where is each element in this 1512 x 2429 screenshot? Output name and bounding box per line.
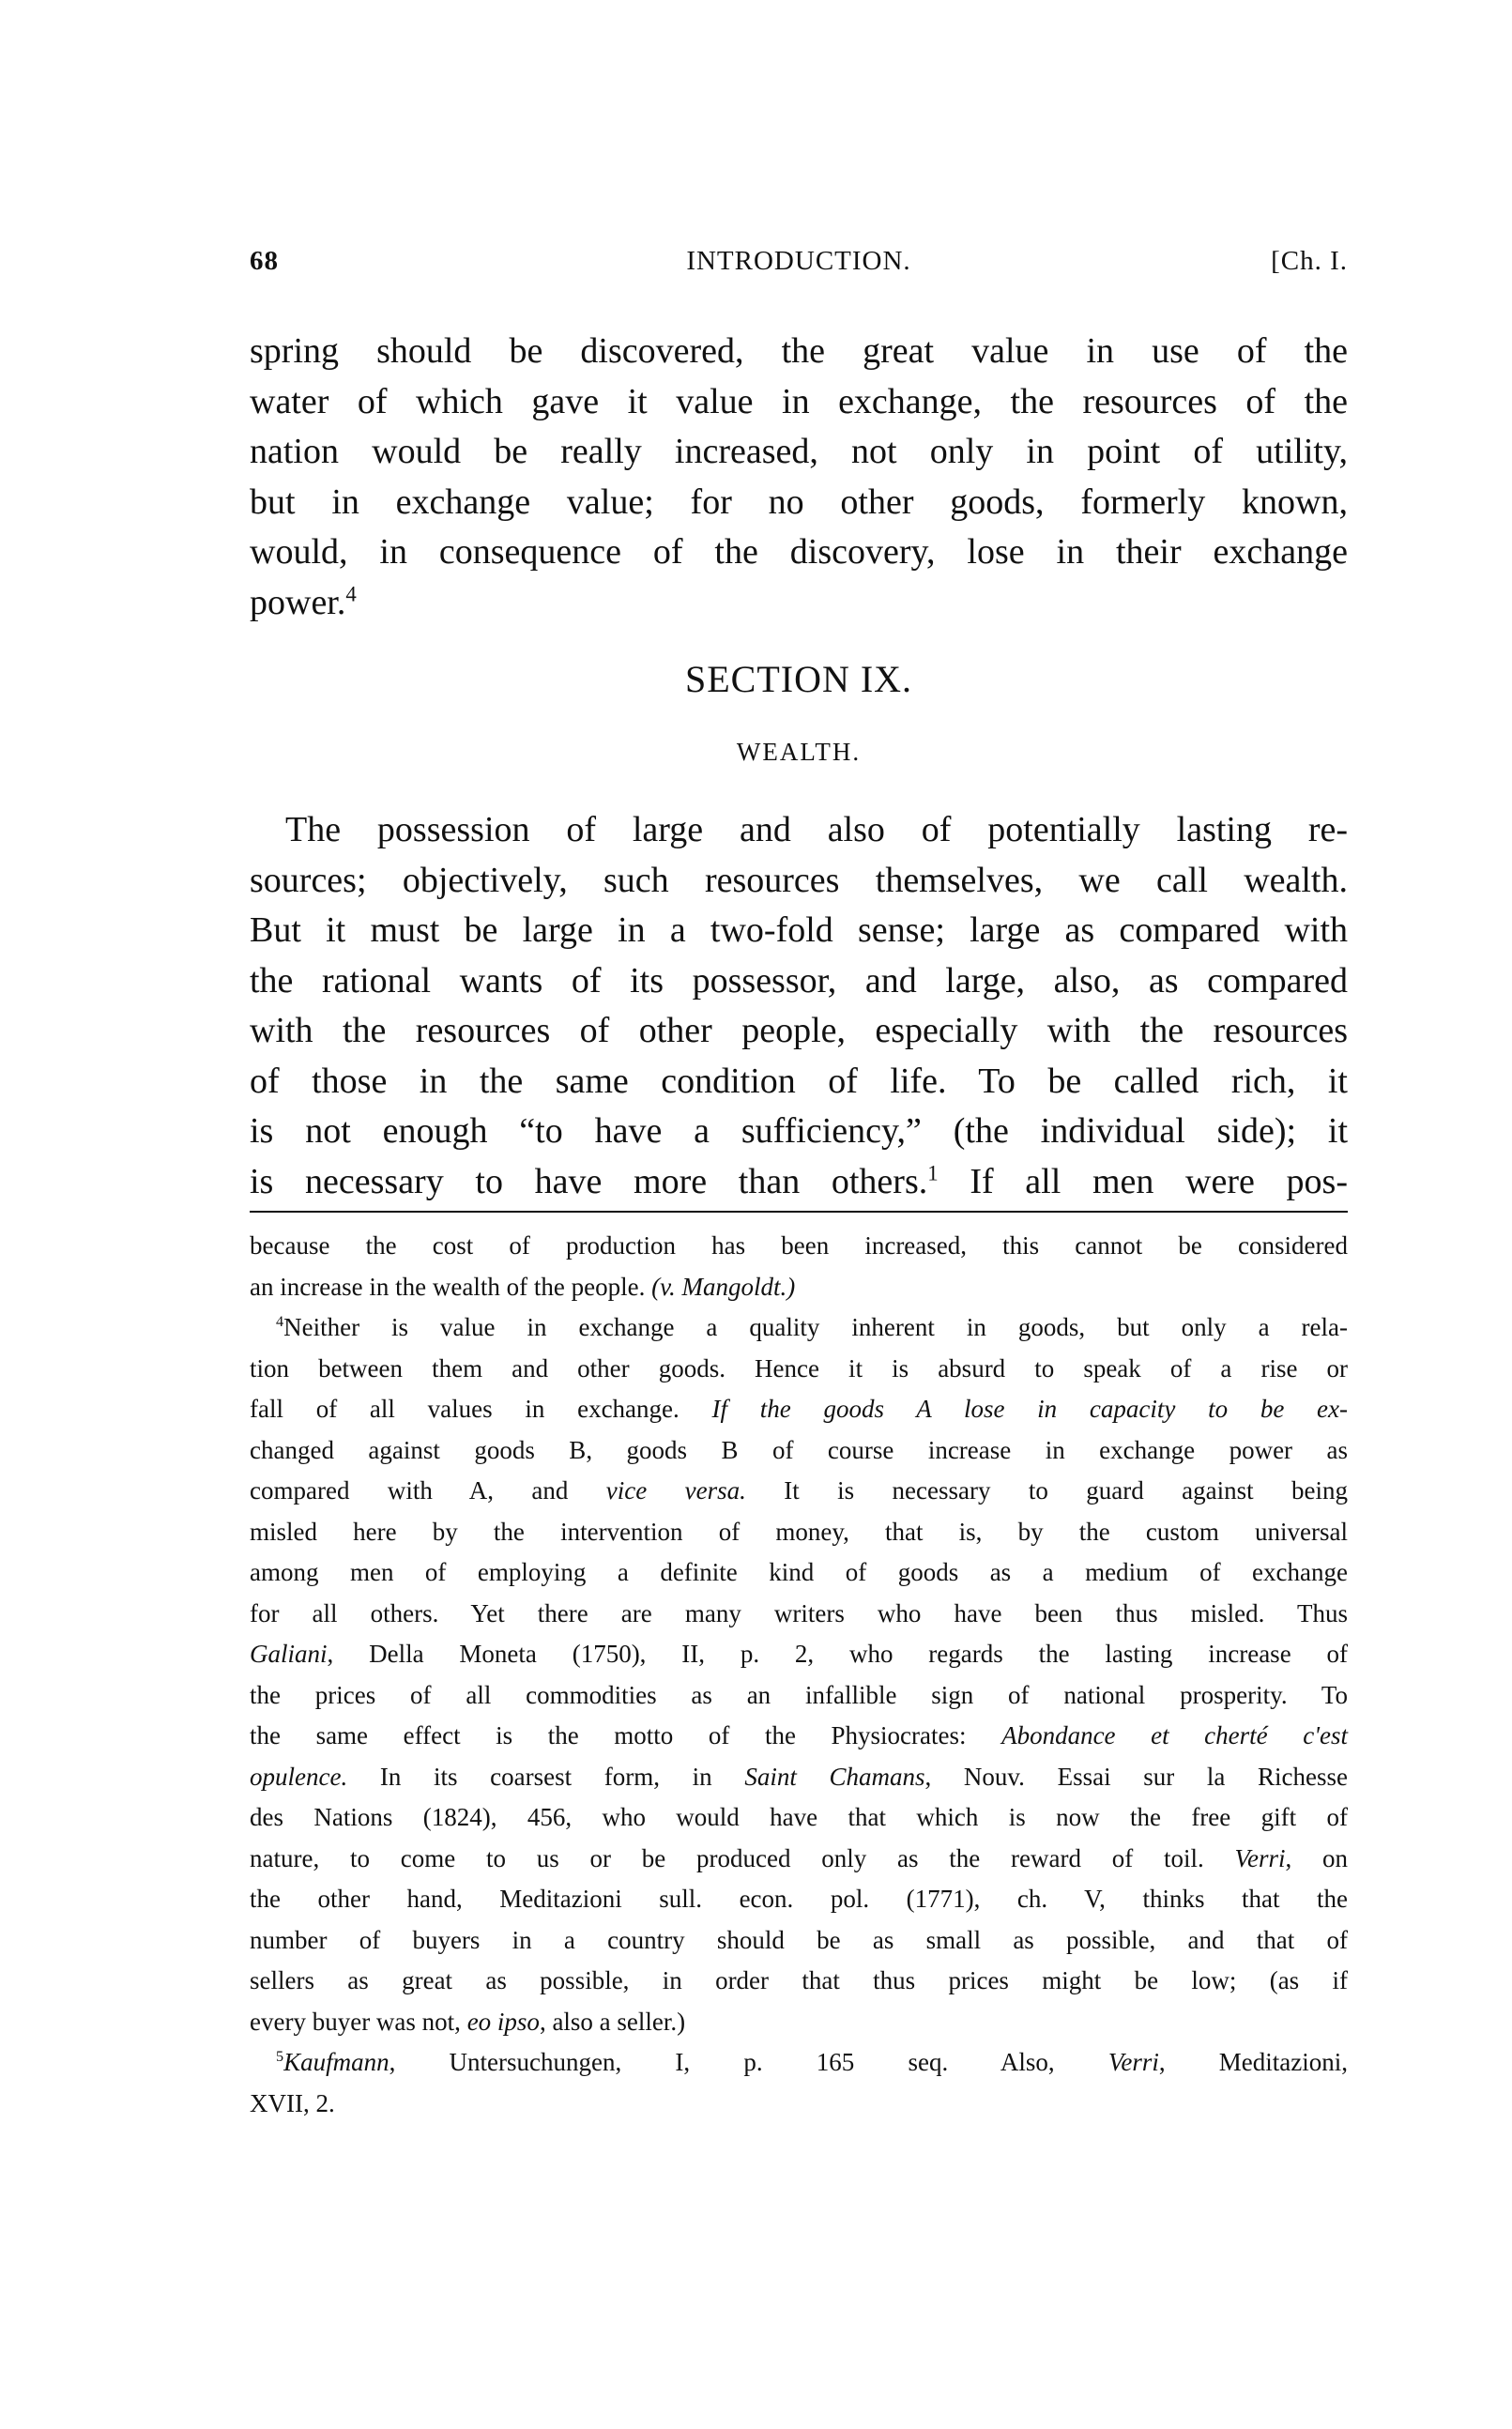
footnote-line: for all others. Yet there are many write… [250, 1594, 1348, 1635]
italic-fragment: eo ipso [467, 2008, 540, 2036]
footnote-5: 5Kaufmann, Untersuchungen, I, p. 165 seq… [250, 2042, 1348, 2084]
text-fragment: an increase in the wealth of the people. [250, 1273, 651, 1301]
text-line: is necessary to have more than others.1 … [250, 1157, 1348, 1208]
text-fragment: every buyer was not, [250, 2008, 467, 2036]
section-subtitle: WEALTH. [250, 738, 1348, 767]
footnote-line: opulence. In its coarsest form, in Saint… [250, 1757, 1348, 1798]
footnote-line: misled here by the intervention of money… [250, 1512, 1348, 1553]
text-fragment: , on [1286, 1844, 1349, 1872]
footnote-line: the same effect is the motto of the Phys… [250, 1716, 1348, 1757]
footnote-line: every buyer was not, eo ipso, also a sel… [250, 2002, 1348, 2043]
text-line: nation would be really increased, not on… [250, 427, 1348, 478]
author-name: Galiani [250, 1640, 328, 1668]
text-line: but in exchange value; for no other good… [250, 478, 1348, 528]
footnote-line: compared with A, and vice versa. It is n… [250, 1471, 1348, 1512]
footnote-line: tion between them and other goods. Hence… [250, 1349, 1348, 1390]
text-fragment: , Nouv. Essai sur la Richesse [925, 1763, 1348, 1791]
footnote-line: sellers as great as possible, in order t… [250, 1961, 1348, 2002]
text-fragment: is necessary to have more than others. [250, 1162, 927, 1201]
footnote-line: Galiani, Della Moneta (1750), II, p. 2, … [250, 1634, 1348, 1675]
footnote-ref[interactable]: 4 [345, 582, 356, 605]
author-name: Verri [1235, 1844, 1286, 1872]
footnote-line: fall of all values in exchange. If the g… [250, 1389, 1348, 1430]
author-name: Saint Chamans [744, 1763, 924, 1791]
citation: (v. Mangoldt.) [651, 1273, 795, 1301]
text-line: power.4 [250, 578, 1348, 629]
text-fragment: In its coarsest form, in [347, 1763, 744, 1791]
text-fragment: compared with A, and [250, 1476, 606, 1505]
text-line: spring should be discovered, the great v… [250, 327, 1348, 377]
footnote-line: XVII, 2. [250, 2084, 1348, 2125]
footnote-line: des Nations (1824), 456, who would have … [250, 1797, 1348, 1839]
footnote-line: the other hand, Meditazioni sull. econ. … [250, 1879, 1348, 1920]
text-line: is not enough “to have a sufficiency,” (… [250, 1107, 1348, 1157]
text-fragment: nature, to come to us or be produced onl… [250, 1844, 1235, 1872]
text-fragment: It is necessary to guard against being [746, 1476, 1348, 1505]
footnote-line: because the cost of production has been … [250, 1226, 1348, 1267]
footnote-marker: 4 [276, 1313, 283, 1330]
text-fragment: Neither is value in exchange a quality i… [283, 1313, 1348, 1341]
footnote-divider [250, 1211, 1348, 1213]
footnote-ref[interactable]: 1 [927, 1161, 938, 1184]
text-fragment: fall of all values in exchange. [250, 1395, 712, 1423]
text-fragment: If all men were pos- [939, 1162, 1348, 1201]
text-line: water of which gave it value in exchange… [250, 377, 1348, 428]
text-line: But it must be large in a two-fold sense… [250, 906, 1348, 956]
text-line: The possession of large and also of pote… [250, 805, 1348, 856]
text-line: with the resources of other people, espe… [250, 1006, 1348, 1057]
footnote-line: among men of employing a definite kind o… [250, 1552, 1348, 1594]
text-fragment: , also a seller.) [540, 2008, 685, 2036]
footnote-marker: 5 [276, 2048, 283, 2065]
text-fragment: , Meditazioni, [1159, 2048, 1348, 2076]
running-head: INTRODUCTION. 68 [Ch. I. [250, 246, 1348, 283]
text-line: sources; objectively, such resources the… [250, 856, 1348, 907]
footnote-line: nature, to come to us or be produced onl… [250, 1839, 1348, 1880]
text-fragment: power. [250, 583, 345, 622]
text-line: the rational wants of its possessor, and… [250, 956, 1348, 1007]
text-fragment: , Untersuchungen, I, p. 165 seq. Also, [389, 2048, 1108, 2076]
text-line: of those in the same condition of life. … [250, 1057, 1348, 1108]
author-name: Verri [1108, 2048, 1159, 2076]
wealth-paragraph: The possession of large and also of pote… [250, 805, 1348, 1207]
italic-fragment: If the goods A lose in capacity to be ex… [712, 1395, 1348, 1423]
italic-fragment: opulence. [250, 1763, 347, 1791]
text-fragment: , Della Moneta (1750), II, p. 2, who reg… [328, 1640, 1348, 1668]
footnote-line: number of buyers in a country should be … [250, 1920, 1348, 1962]
continuation-paragraph: spring should be discovered, the great v… [250, 327, 1348, 628]
footnotes: because the cost of production has been … [250, 1226, 1348, 2124]
italic-fragment: Abondance et cherté c'est [1001, 1721, 1348, 1749]
italic-fragment: vice versa. [606, 1476, 746, 1505]
page-number: 68 [250, 246, 279, 277]
footnote-line: changed against goods B, goods B of cour… [250, 1430, 1348, 1472]
footnote-line: the prices of all commodities as an infa… [250, 1675, 1348, 1717]
text-line: would, in consequence of the discovery, … [250, 527, 1348, 578]
text-fragment: the same effect is the motto of the Phys… [250, 1721, 1001, 1749]
chapter-label: [Ch. I. [1271, 246, 1348, 277]
footnote-4: 4Neither is value in exchange a quality … [250, 1307, 1348, 1349]
author-name: Kaufmann [283, 2048, 389, 2076]
section-title: SECTION IX. [250, 657, 1348, 701]
footnote-line: an increase in the wealth of the people.… [250, 1267, 1348, 1308]
running-title: INTRODUCTION. [250, 246, 1348, 277]
